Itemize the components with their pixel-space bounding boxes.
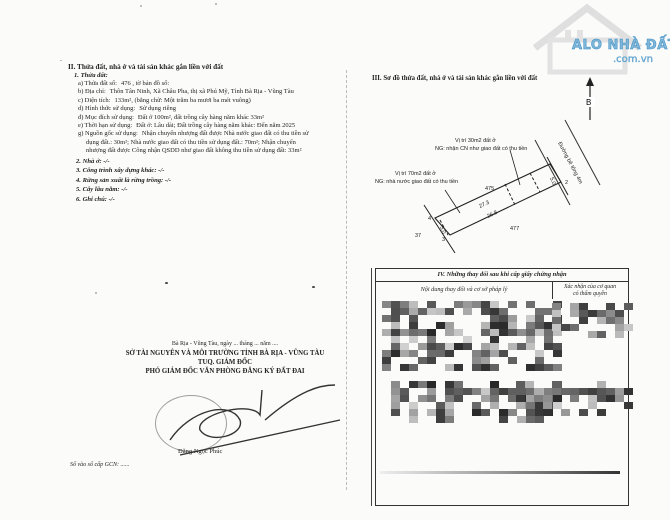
- land-row: g) Nguồn gốc sử dụng:Nhận chuyển nhượng …: [78, 130, 348, 138]
- land-row-key: a) Thửa đất số:: [78, 80, 117, 87]
- other-item: 2. Nhà ở: -/-: [76, 157, 348, 167]
- land-row: c) Diện tích:133m², (bằng chữ: Một trăm …: [78, 97, 348, 105]
- other-item: 4. Rừng sản xuất là rừng trồng: -/-: [76, 176, 348, 186]
- land-row: e) Thời hạn sử dụng:Đất ở: Lâu dài; Đất …: [78, 122, 348, 130]
- land-row: b) Địa chỉ:Thôn Tân Ninh, Xã Châu Pha, t…: [78, 88, 348, 96]
- col2-line1: Xác nhận của cơ quan: [552, 284, 628, 291]
- changes-table: IV. Những thay đổi sau khi cấp giấy chứn…: [375, 268, 629, 506]
- scan-speck: [95, 292, 97, 294]
- signature-block: Bà Rịa - Vũng Tàu, ngày ... tháng ... nă…: [100, 340, 350, 376]
- svg-text:26.8: 26.8: [486, 210, 498, 220]
- land-row-value: Thôn Tân Ninh, Xã Châu Pha, thị xã Phú M…: [110, 88, 294, 95]
- land-row-key: d) Hình thức sử dụng:: [78, 105, 135, 112]
- table-outer-border: [371, 268, 372, 506]
- land-row: đ) Mục đích sử dụng:Đất ở 100m², đất trồ…: [78, 114, 348, 122]
- signer-title: PHÓ GIÁM ĐỐC VĂN PHÒNG ĐĂNG KÝ ĐẤT ĐAI: [100, 367, 350, 376]
- gcn-number: Số vào sổ cấp GCN: ......: [70, 462, 130, 468]
- land-row-key: c) Diện tích:: [78, 97, 111, 104]
- issuing-org: SỞ TÀI NGUYÊN VÀ MÔI TRƯỜNG TỈNH BÀ RỊA …: [100, 349, 350, 358]
- svg-text:3: 3: [442, 237, 445, 243]
- land-row-value: Sử dụng riêng: [139, 105, 176, 112]
- land-row-value: 133m², (bằng chữ: Một trăm ba mươi ba mé…: [115, 97, 251, 104]
- signer-name: Đặng Ngọc Phúc: [178, 448, 222, 455]
- origin-continuation-1: dụng đất.: 30m²; Nhà nước giao đất có th…: [86, 139, 348, 147]
- land-heading: 1. Thửa đất:: [74, 71, 348, 80]
- col2-line2: có thẩm quyền: [552, 291, 628, 298]
- svg-text:5.0: 5.0: [438, 226, 446, 235]
- svg-text:4: 4: [428, 216, 431, 222]
- land-row-value: Đất ở 100m², đất trồng cây hàng năm khác…: [138, 114, 264, 121]
- parcel-map: B Vị trí 30m2 đất ở NG: nhận CN như giao…: [360, 60, 670, 270]
- land-row: d) Hình thức sử dụng:Sử dụng riêng: [78, 105, 348, 113]
- land-row-key: b) Địa chỉ:: [78, 88, 106, 95]
- svg-text:Vị trí 70m2 đất ở: Vị trí 70m2 đất ở: [395, 170, 436, 177]
- land-row-key: g) Nguồn gốc sử dụng:: [78, 130, 138, 137]
- scan-speck: [140, 5, 142, 7]
- tuq-line: TUQ. GIÁM ĐỐC: [100, 358, 350, 367]
- land-row-key: e) Thời hạn sử dụng:: [78, 122, 132, 129]
- other-item: 5. Cây lâu năm: -/-: [76, 185, 348, 195]
- land-info-section: II. Thửa đất, nhà ở và tài sản khác gắn …: [68, 63, 348, 204]
- scan-speck: [60, 60, 62, 61]
- date-line: Bà Rịa - Vũng Tàu, ngày ... tháng ... nă…: [100, 340, 350, 349]
- other-item: 3. Công trình xây dựng khác: -/-: [76, 166, 348, 176]
- svg-text:2: 2: [565, 180, 568, 186]
- svg-text:477: 477: [510, 226, 519, 232]
- svg-text:37: 37: [415, 233, 421, 239]
- svg-text:NG: nhà nước giao đất có thu t: NG: nhà nước giao đất có thu tiền: [375, 179, 458, 185]
- land-row-value: Nhận chuyển nhượng đất được Nhà nước gia…: [142, 130, 309, 137]
- scan-speck: [165, 282, 168, 284]
- scan-speck: [312, 286, 315, 288]
- section-ii-title: II. Thửa đất, nhà ở và tài sản khác gắn …: [68, 63, 348, 71]
- svg-text:NG: nhận CN như giao đất có th: NG: nhận CN như giao đất có thu tiền: [435, 146, 527, 152]
- watermark-brand: ALO NHÀ ĐẤT: [572, 38, 670, 53]
- svg-text:27.3: 27.3: [478, 200, 490, 210]
- land-row-value: 476 , tờ bản đồ số:: [121, 80, 169, 87]
- land-row-value: Đất ở: Lâu dài; Đất trồng cây hàng năm k…: [136, 122, 295, 129]
- svg-text:Vị trí 30m2 đất ở: Vị trí 30m2 đất ở: [455, 137, 496, 144]
- land-row-key: đ) Mục đích sử dụng:: [78, 114, 134, 121]
- land-row: a) Thửa đất số:476 , tờ bản đồ số:: [78, 80, 348, 88]
- changes-col-content: Nội dung thay đổi và cơ sở pháp lý: [376, 281, 553, 299]
- origin-continuation-2: nhượng đất được Công nhận QSDD như giao …: [86, 147, 348, 155]
- svg-text:B: B: [586, 98, 591, 107]
- svg-text:475: 475: [485, 186, 494, 192]
- scan-speck: [215, 3, 217, 5]
- other-item: 6. Ghi chú: -/-: [76, 195, 348, 205]
